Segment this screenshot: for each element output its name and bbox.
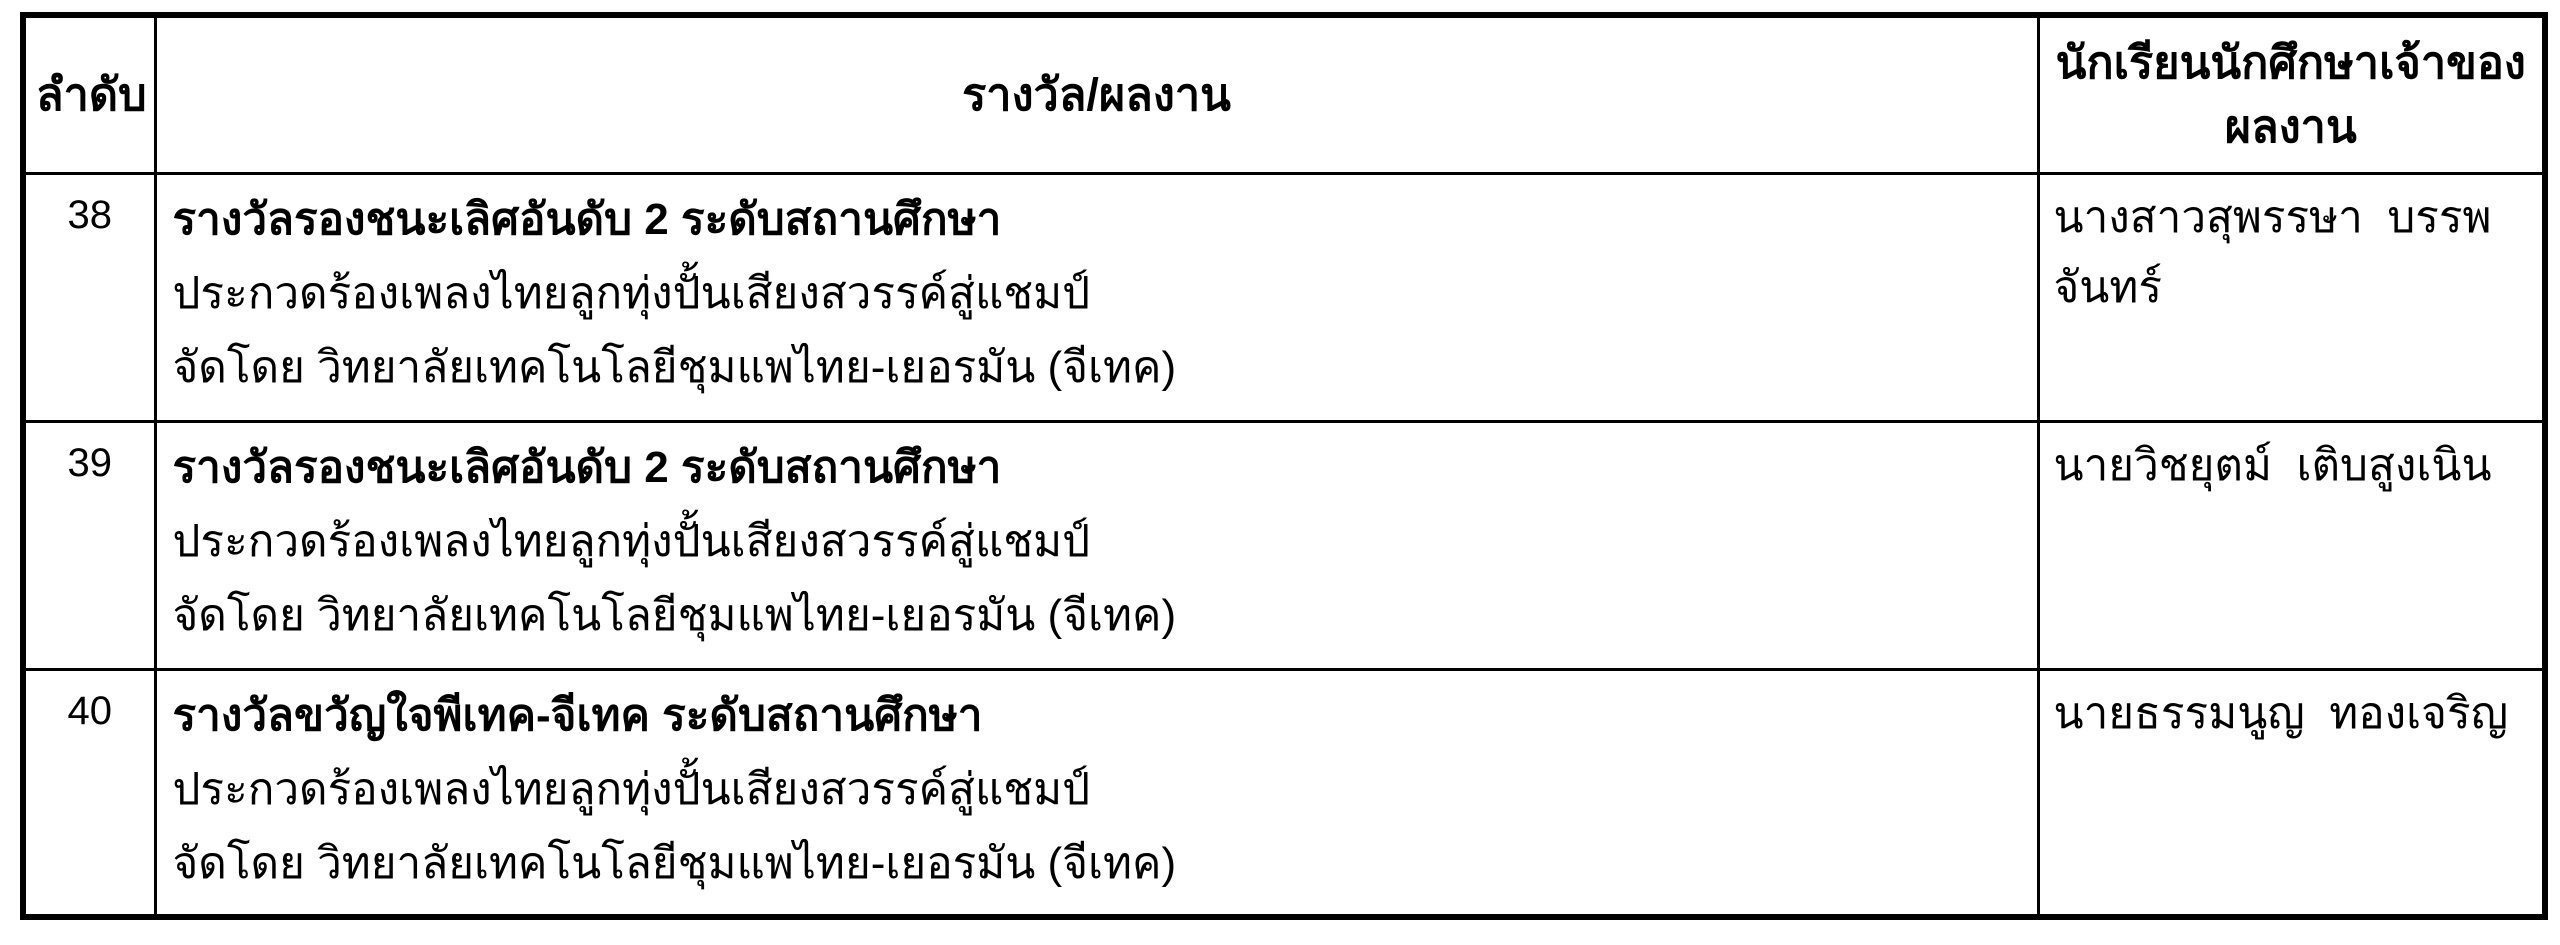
owner-cell: นายวิชยุตม์ เติบสูงเนิน — [2038, 421, 2545, 669]
award-title: รางวัลขวัญใจพีเทค-จีเทค ระดับสถานศึกษา — [173, 679, 2017, 753]
header-cell-award: รางวัล/ผลงาน — [155, 15, 2038, 173]
award-detail: ประกวดร้องเพลงไทยลูกทุ่งปั้นเสียงสวรรค์ส… — [173, 505, 2017, 579]
award-cell: รางวัลรองชนะเลิศอันดับ 2 ระดับสถานศึกษา … — [155, 421, 2038, 669]
header-cell-no: ลำดับ — [23, 15, 155, 173]
award-detail: ประกวดร้องเพลงไทยลูกทุ่งปั้นเสียงสวรรค์ส… — [173, 753, 2017, 827]
row-number: 40 — [23, 669, 155, 917]
row-number: 39 — [23, 421, 155, 669]
table-row: 40 รางวัลขวัญใจพีเทค-จีเทค ระดับสถานศึกษ… — [23, 669, 2545, 917]
table-header-row: ลำดับ รางวัล/ผลงาน นักเรียนนักศึกษาเจ้าข… — [23, 15, 2545, 173]
table-row: 38 รางวัลรองชนะเลิศอันดับ 2 ระดับสถานศึก… — [23, 173, 2545, 421]
awards-table: ลำดับ รางวัล/ผลงาน นักเรียนนักศึกษาเจ้าข… — [20, 12, 2548, 920]
owner-cell: นางสาวสุพรรษา บรรพจันทร์ — [2038, 173, 2545, 421]
award-title: รางวัลรองชนะเลิศอันดับ 2 ระดับสถานศึกษา — [173, 431, 2017, 505]
award-cell: รางวัลรองชนะเลิศอันดับ 2 ระดับสถานศึกษา … — [155, 173, 2038, 421]
header-cell-owner: นักเรียนนักศึกษาเจ้าของผลงาน — [2038, 15, 2545, 173]
award-title: รางวัลรองชนะเลิศอันดับ 2 ระดับสถานศึกษา — [173, 183, 2017, 257]
document-page: ลำดับ รางวัล/ผลงาน นักเรียนนักศึกษาเจ้าข… — [0, 0, 2560, 945]
table-row: 39 รางวัลรองชนะเลิศอันดับ 2 ระดับสถานศึก… — [23, 421, 2545, 669]
award-organizer: จัดโดย วิทยาลัยเทคโนโลยีชุมแพไทย-เยอรมัน… — [173, 331, 2017, 405]
award-organizer: จัดโดย วิทยาลัยเทคโนโลยีชุมแพไทย-เยอรมัน… — [173, 579, 2017, 653]
row-number: 38 — [23, 173, 155, 421]
owner-cell: นายธรรมนูญ ทองเจริญ — [2038, 669, 2545, 917]
award-organizer: จัดโดย วิทยาลัยเทคโนโลยีชุมแพไทย-เยอรมัน… — [173, 827, 2017, 901]
award-detail: ประกวดร้องเพลงไทยลูกทุ่งปั้นเสียงสวรรค์ส… — [173, 257, 2017, 331]
award-cell: รางวัลขวัญใจพีเทค-จีเทค ระดับสถานศึกษา ป… — [155, 669, 2038, 917]
